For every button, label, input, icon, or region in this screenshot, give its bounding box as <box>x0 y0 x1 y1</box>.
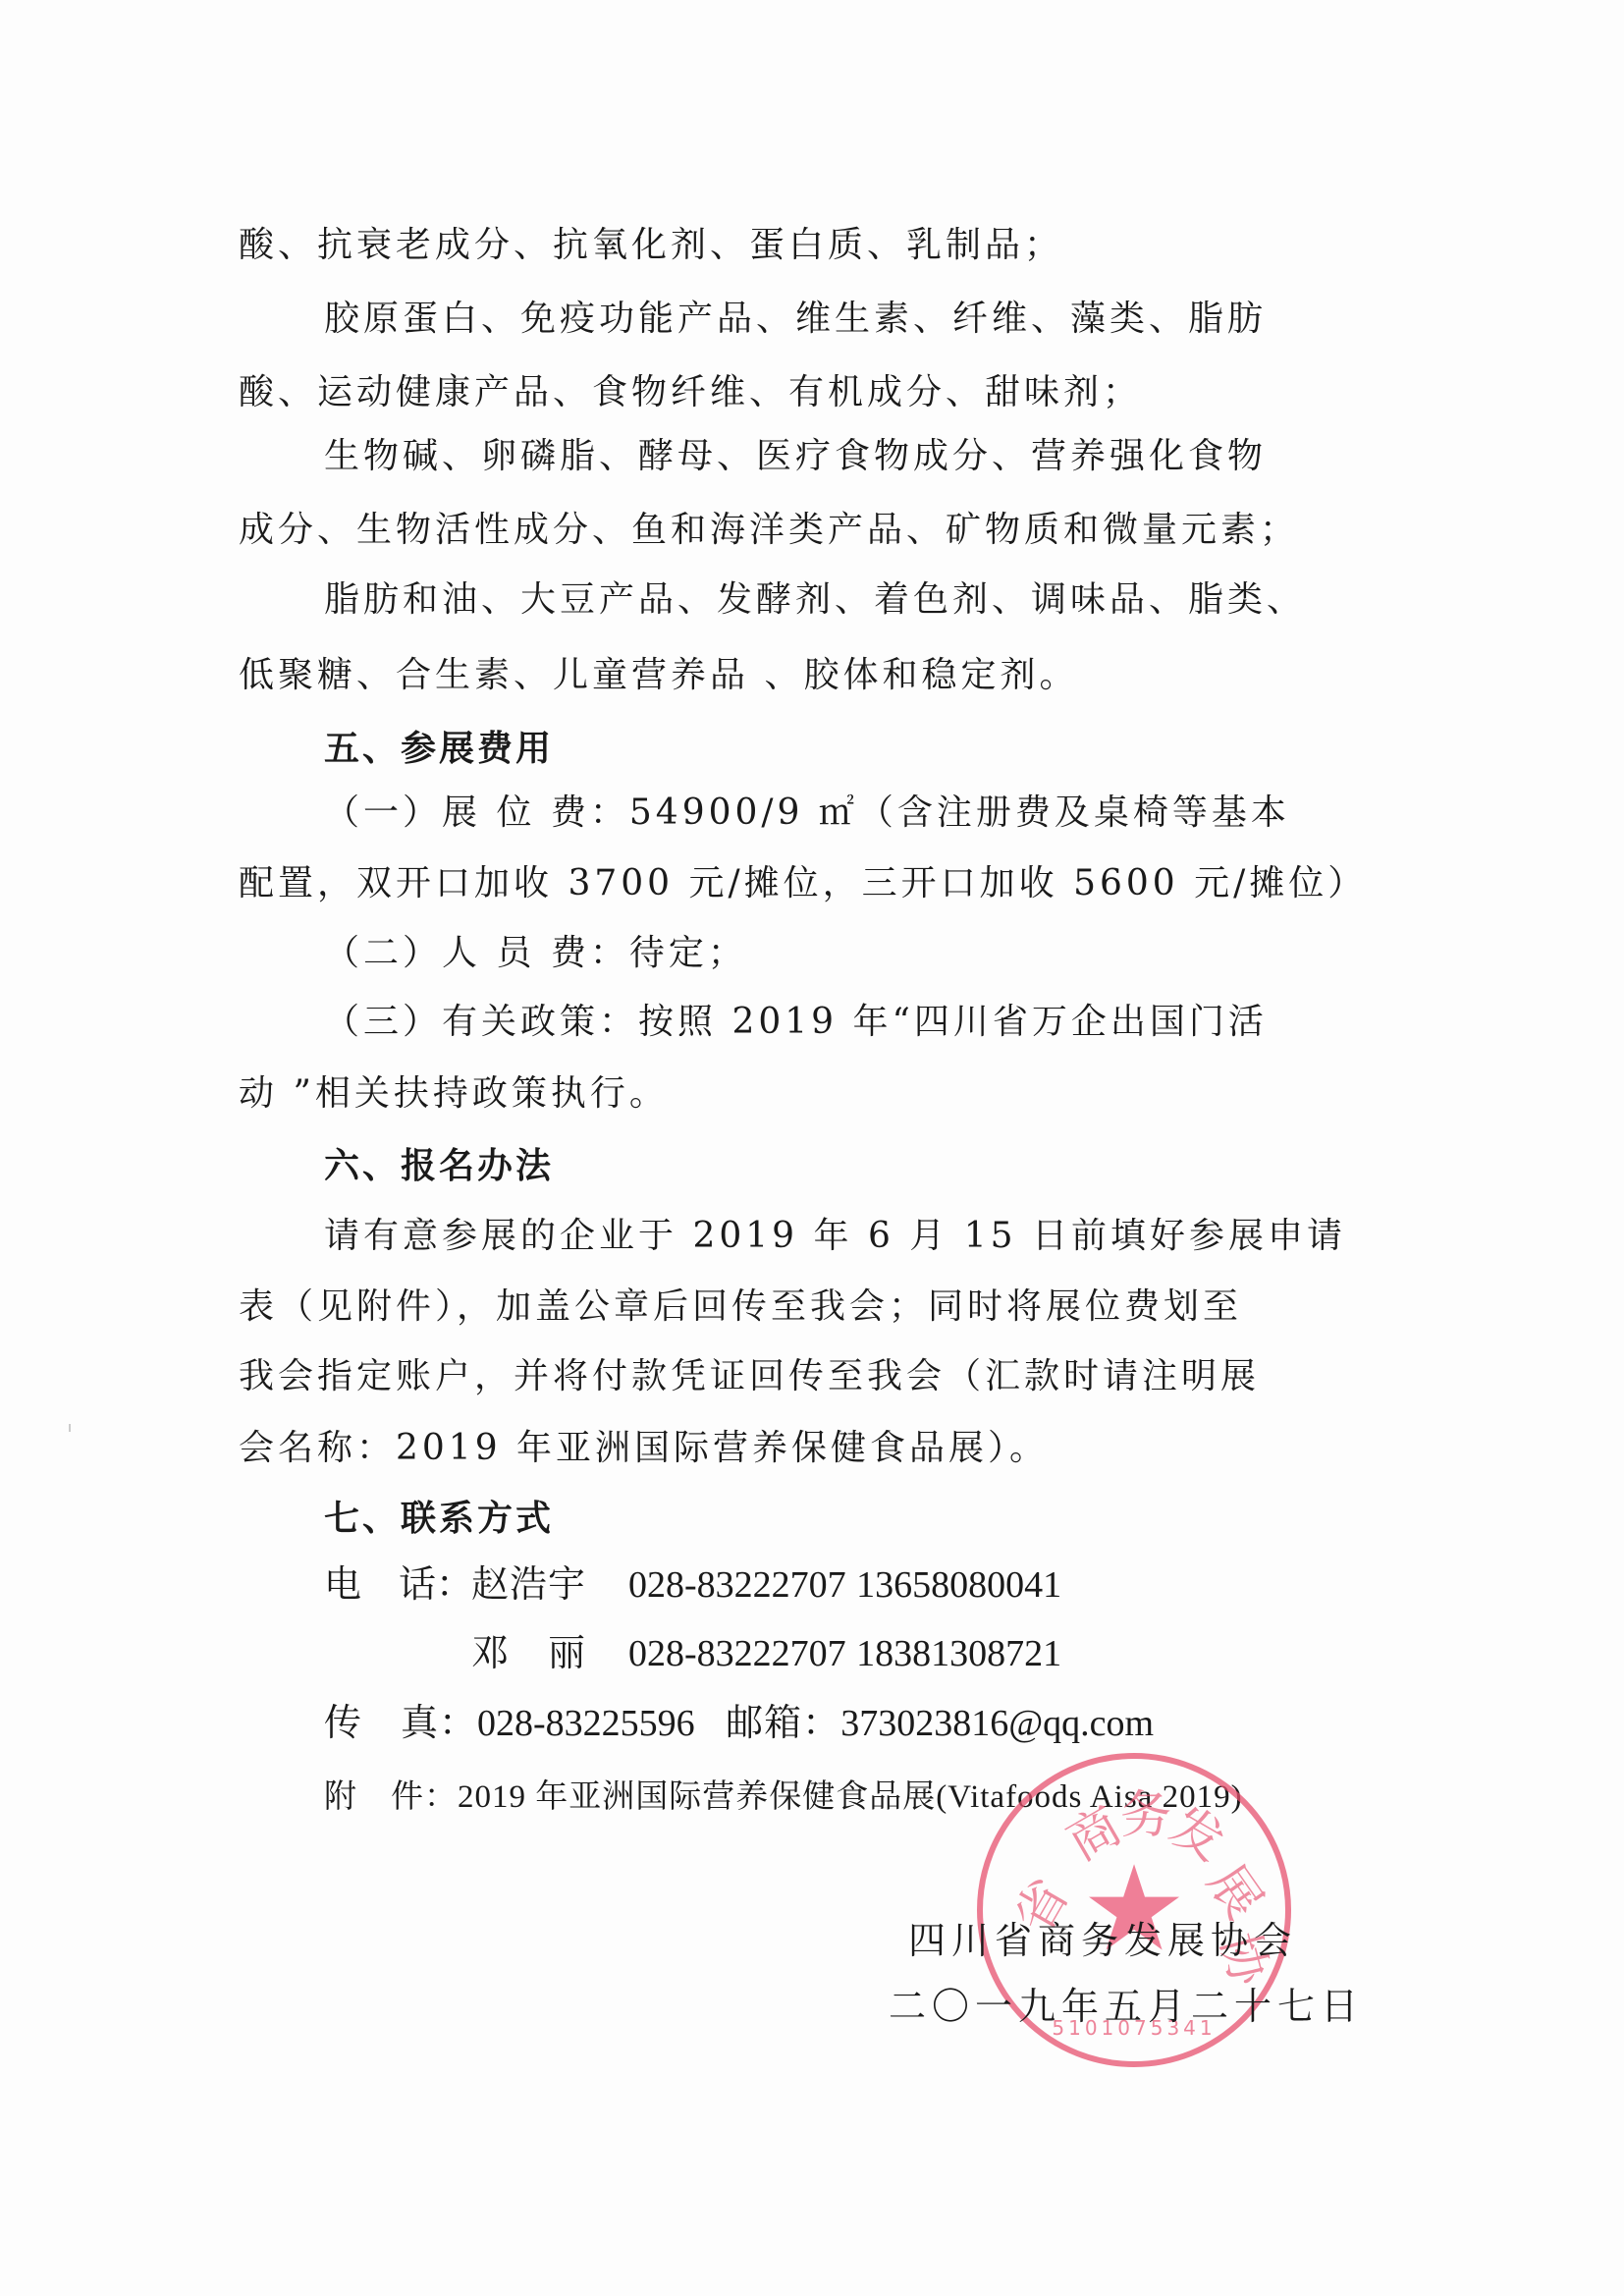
document-page: 酸、抗衰老成分、抗氧化剂、蛋白质、乳制品； 胶原蛋白、免疫功能产品、维生素、纤维… <box>0 0 1624 2296</box>
contact-phone: 028-83222707 <box>628 1564 846 1606</box>
product-line: 成分、生物活性成分、鱼和海洋类产品、矿物质和微量元素； <box>239 509 1299 552</box>
registration-line: 会名称：2019 年亚洲国际营养保健食品展）。 <box>239 1427 1049 1470</box>
contact-name: 邓 丽 <box>471 1632 628 1675</box>
email-label: 邮箱： <box>726 1703 840 1744</box>
fee-booth-line: （一）展 位 费：54900/9 ㎡（含注册费及桌椅等基本 <box>324 792 1290 835</box>
product-line: 酸、运动健康产品、食物纤维、有机成分、甜味剂； <box>239 371 1142 414</box>
contact-mobile: 13658080041 <box>856 1564 1061 1606</box>
section-heading-fees: 五、参展费用 <box>324 728 554 771</box>
product-line: 脂肪和油、大豆产品、发酵剂、着色剂、调味品、脂类、 <box>324 578 1306 622</box>
fee-policy-line: 动 ”相关扶持政策执行。 <box>239 1072 669 1116</box>
contact-row: 邓 丽028-83222707 18381308721 <box>324 1632 1061 1675</box>
section-heading-registration: 六、报名办法 <box>324 1145 554 1188</box>
contact-phone: 028-83222707 <box>628 1633 846 1674</box>
registration-line: 我会指定账户，并将付款凭证回传至我会（汇款时请注明展 <box>239 1355 1260 1398</box>
scan-artifact <box>69 1424 71 1432</box>
contact-row: 电 话：赵浩宇028-83222707 13658080041 <box>324 1563 1061 1607</box>
signature-date: 二〇一九年五月二十七日 <box>889 1976 1364 2030</box>
fax-label: 传 真： <box>324 1703 477 1744</box>
attachment-label: 附 件： <box>324 1779 458 1815</box>
contact-name: 赵浩宇 <box>471 1563 628 1607</box>
fee-policy-line: （三）有关政策：按照 2019 年“四川省万企出国门活 <box>324 1001 1268 1044</box>
fee-booth-line: 配置，双开口加收 3700 元/摊位，三开口加收 5600 元/摊位） <box>239 862 1367 905</box>
fax-number: 028-83225596 <box>477 1703 695 1744</box>
product-line: 酸、抗衰老成分、抗氧化剂、蛋白质、乳制品； <box>239 224 1063 267</box>
email-address: 373023816@qq.com <box>840 1703 1154 1744</box>
registration-line: 请有意参展的企业于 2019 年 6 月 15 日前填好参展申请 <box>324 1215 1346 1258</box>
registration-line: 表（见附件），加盖公章后回传至我会；同时将展位费划至 <box>239 1285 1242 1329</box>
phone-label: 电 话： <box>324 1563 471 1607</box>
fee-personnel-line: （二）人 员 费：待定； <box>324 932 747 975</box>
product-line: 低聚糖、合生素、儿童营养品 、胶体和稳定剂。 <box>239 654 1078 697</box>
signature-organization: 四川省商务发展协会 <box>908 1910 1297 1964</box>
fax-email-row: 传 真：028-83225596 邮箱：373023816@qq.com <box>324 1702 1154 1745</box>
section-heading-contact: 七、联系方式 <box>324 1498 554 1541</box>
product-line: 胶原蛋白、免疫功能产品、维生素、纤维、藻类、脂肪 <box>324 298 1267 341</box>
contact-mobile: 18381308721 <box>856 1633 1061 1674</box>
product-line: 生物碱、卵磷脂、酵母、医疗食物成分、营养强化食物 <box>324 435 1267 478</box>
